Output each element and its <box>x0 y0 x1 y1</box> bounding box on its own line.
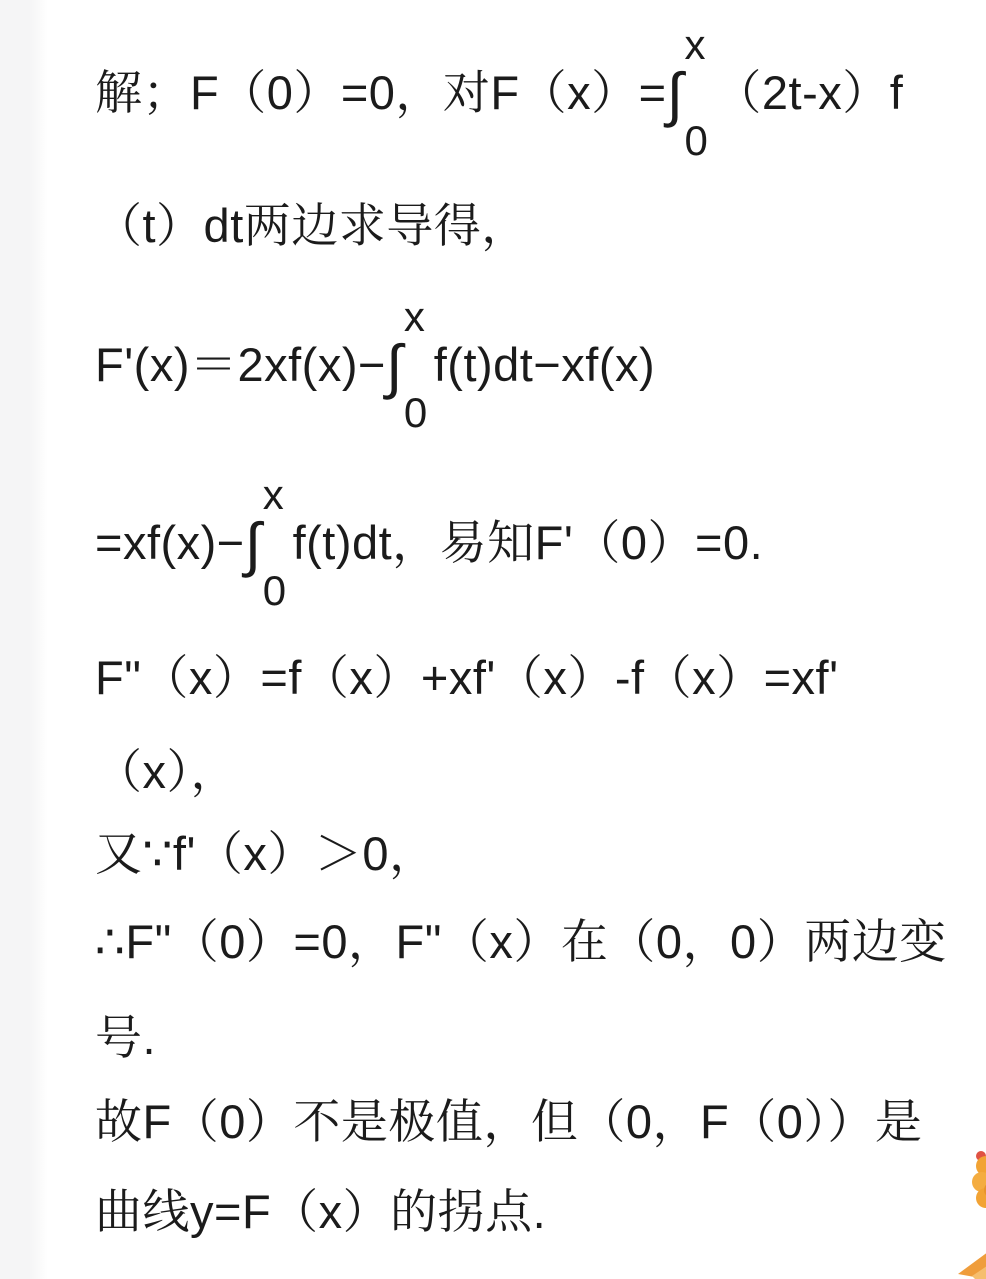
integral-lower-limit: 0 <box>263 570 287 612</box>
line10-text: 故F（0）不是极值，但（0，F（0））是 <box>95 1095 922 1148</box>
solution-line-3: F'(x)＝2xf(x)−∫x0f(t)dt−xf(x) <box>95 290 655 440</box>
line4-post: f(t)dt，易知F'（0）=0. <box>293 511 764 575</box>
page-left-margin-strip <box>0 0 48 1279</box>
line8-text: ∴F"（0）=0，F"（x）在（0，0）两边变 <box>95 915 947 968</box>
solution-line-5: F"（x）=f（x）+xf'（x）-f（x）=xf' <box>95 646 839 710</box>
line11-text: 曲线y=F（x）的拐点. <box>95 1185 546 1238</box>
solution-line-9: 号. <box>95 1006 156 1070</box>
integral-lower-limit: 0 <box>404 392 428 434</box>
line1-pre: 解；F（0）=0，对F（x）= <box>95 61 667 125</box>
line5-text: F"（x）=f（x）+xf'（x）-f（x）=xf' <box>95 651 839 704</box>
solution-line-10: 故F（0）不是极值，但（0，F（0））是 <box>95 1090 922 1154</box>
integral-upper-limit: x <box>685 24 707 66</box>
integral-expression-2: ∫x0 <box>386 296 434 434</box>
line6-text: （x）， <box>95 745 238 798</box>
solution-line-8: ∴F"（0）=0，F"（x）在（0，0）两边变 <box>95 910 947 974</box>
line4-pre: =xf(x)− <box>95 511 245 575</box>
solution-line-2: （t）dt两边求导得， <box>95 194 529 258</box>
solution-line-6: （x）， <box>95 740 238 804</box>
line7-text: 又∵f'（x）＞0， <box>95 827 437 880</box>
integral-sign: ∫ <box>386 337 403 397</box>
integral-upper-limit: x <box>404 296 426 338</box>
line9-text: 号. <box>95 1011 156 1064</box>
solution-line-4: =xf(x)−∫x0f(t)dt，易知F'（0）=0. <box>95 468 763 618</box>
line3-pre: F'(x)＝2xf(x)− <box>95 333 386 397</box>
integral-upper-limit: x <box>263 474 285 516</box>
line3-post: f(t)dt−xf(x) <box>434 333 655 397</box>
integral-lower-limit: 0 <box>685 120 709 162</box>
integral-sign: ∫ <box>667 65 684 125</box>
solution-page: 解；F（0）=0，对F（x）=∫x0（2t-x）f （t）dt两边求导得， F'… <box>0 0 986 1279</box>
line1-post: （2t-x）f <box>714 61 903 125</box>
solution-line-1: 解；F（0）=0，对F（x）=∫x0（2t-x）f <box>95 18 903 168</box>
flower-sticker-icon <box>972 1146 986 1218</box>
integral-expression-1: ∫x0 <box>667 24 715 162</box>
solution-line-7: 又∵f'（x）＞0， <box>95 822 437 886</box>
integral-sign: ∫ <box>245 515 262 575</box>
solution-line-11: 曲线y=F（x）的拐点. <box>95 1180 546 1244</box>
line2-text: （t）dt两边求导得， <box>95 199 529 252</box>
integral-expression-3: ∫x0 <box>245 474 293 612</box>
petal-sticker-icon <box>956 1244 986 1279</box>
